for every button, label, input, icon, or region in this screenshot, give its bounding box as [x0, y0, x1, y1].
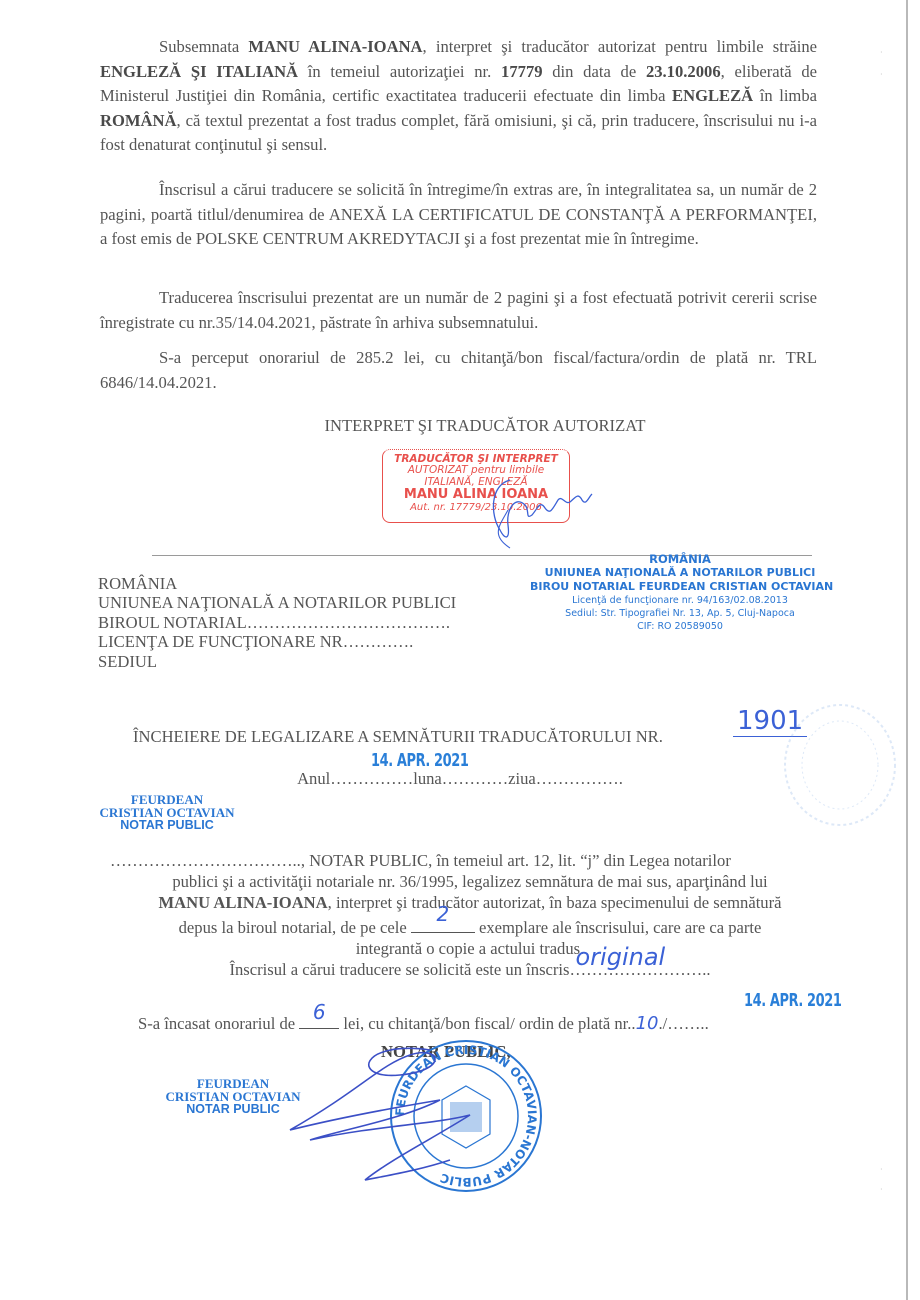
- stamp-line: NOTAR PUBLIC: [82, 819, 252, 832]
- document-page: Subsemnata MANU ALINA-IOANA, interpret ş…: [0, 0, 920, 1300]
- text: Traducerea înscrisului prezentat are un …: [100, 288, 817, 332]
- notary-header: ROMÂNIA UNIUNEA NAŢIONALĂ A NOTARILOR PU…: [98, 574, 456, 671]
- body-line: integrantă o copie a actului tradus.: [110, 938, 830, 959]
- text: din data de: [543, 62, 646, 81]
- text: depus la biroul notarial, de pe cele: [179, 918, 411, 937]
- date-line: Anul……………luna…………ziua…………….: [0, 769, 920, 789]
- margin-mark: ·: [880, 48, 883, 57]
- translator-signature-icon: [470, 470, 630, 550]
- text: , interpret şi traducător autorizat pent…: [423, 37, 817, 56]
- margin-mark: ·: [880, 1165, 883, 1174]
- margin-mark: ·: [880, 70, 883, 79]
- text: ./……..: [658, 1014, 708, 1033]
- header-line: LICENŢA DE FUNCŢIONARE NR………….: [98, 632, 456, 651]
- notary-name-stamp: FEURDEAN CRISTIAN OCTAVIAN NOTAR PUBLIC: [82, 793, 252, 832]
- document-type-value: original: [576, 947, 666, 968]
- stamp-line: CIF: RO 20589050: [530, 620, 830, 633]
- authorization-date: 23.10.2006: [646, 62, 721, 81]
- header-line: BIROUL NOTARIAL……………………………….: [98, 613, 456, 632]
- copies-value: 2: [411, 904, 475, 925]
- body-line: depus la biroul notarial, de pe cele 2 e…: [110, 914, 830, 938]
- stamp-line: BIROU NOTARIAL FEURDEAN CRISTIAN OCTAVIA…: [530, 580, 830, 594]
- notary-signature-icon: [270, 1030, 520, 1210]
- page-edge-line: [906, 0, 908, 1300]
- text: exemplare ale înscrisului, care are ca p…: [475, 918, 762, 937]
- date-stamp: 14. APR. 2021: [371, 750, 469, 771]
- fee-paragraph: S-a perceput onorariul de 285.2 lei, cu …: [100, 346, 817, 395]
- fee-value: 6: [299, 1000, 339, 1024]
- fee-field: 6: [299, 1010, 339, 1029]
- body-line: publici şi a activităţii notariale nr. 3…: [110, 871, 830, 892]
- receipt-number: 10: [636, 1013, 659, 1034]
- legalization-title: ÎNCHEIERE DE LEGALIZARE A SEMNĂTURII TRA…: [133, 727, 663, 747]
- fee-date-stamp: 14. APR. 2021: [744, 990, 842, 1011]
- text: în limba: [753, 86, 817, 105]
- text: Subsemnata: [159, 37, 248, 56]
- stamp-line: Sediul: Str. Tipografiei Nr. 13, Ap. 5, …: [530, 607, 830, 620]
- stamp-line: UNIUNEA NAŢIONALĂ A NOTARILOR PUBLICI: [530, 566, 830, 580]
- translator-name: MANU ALINA-IOANA: [248, 37, 422, 56]
- header-line: ROMÂNIA: [98, 574, 456, 593]
- authorization-number: 17779: [501, 62, 542, 81]
- header-line: UNIUNEA NAŢIONALĂ A NOTARILOR PUBLICI: [98, 593, 456, 612]
- stamp-line: Licenţă de funcţionare nr. 94/163/02.08.…: [530, 594, 830, 607]
- translator-title: INTERPRET ŞI TRADUCĂTOR AUTORIZAT: [0, 416, 920, 436]
- text: Înscrisul a cărui traducere se solicită …: [229, 960, 569, 979]
- header-line: SEDIUL: [98, 652, 456, 671]
- source-language: ENGLEZĂ: [672, 86, 753, 105]
- text: Înscrisul a cărui traducere se solicită …: [100, 180, 817, 248]
- languages: ENGLEZĂ ŞI ITALIANĂ: [100, 62, 298, 81]
- text: în temeiul autorizaţiei nr.: [298, 62, 501, 81]
- notary-office-stamp: ROMÂNIA UNIUNEA NAŢIONALĂ A NOTARILOR PU…: [530, 553, 830, 633]
- faint-seal-icon: [780, 700, 900, 830]
- document-description-paragraph: Înscrisul a cărui traducere se solicită …: [100, 178, 817, 252]
- target-language: ROMÂNĂ: [100, 111, 177, 130]
- legalization-body: …………………………….., NOTAR PUBLIC, în temeiul …: [110, 850, 830, 980]
- stamp-line: ROMÂNIA: [530, 553, 830, 566]
- margin-mark: ·: [880, 1185, 883, 1194]
- text: , că textul prezentat a fost tradus comp…: [100, 111, 817, 155]
- body-line: …………………………….., NOTAR PUBLIC, în temeiul …: [110, 850, 830, 871]
- translator-name: MANU ALINA-IOANA: [158, 893, 327, 912]
- text: S-a perceput onorariul de 285.2 lei, cu …: [100, 348, 817, 392]
- text: , interpret şi traducător autorizat, în …: [328, 893, 782, 912]
- copies-field: 2: [411, 914, 475, 933]
- certification-paragraph: Subsemnata MANU ALINA-IOANA, interpret ş…: [100, 35, 817, 158]
- body-line: Înscrisul a cărui traducere se solicită …: [110, 959, 830, 980]
- translation-pages-paragraph: Traducerea înscrisului prezentat are un …: [100, 286, 817, 335]
